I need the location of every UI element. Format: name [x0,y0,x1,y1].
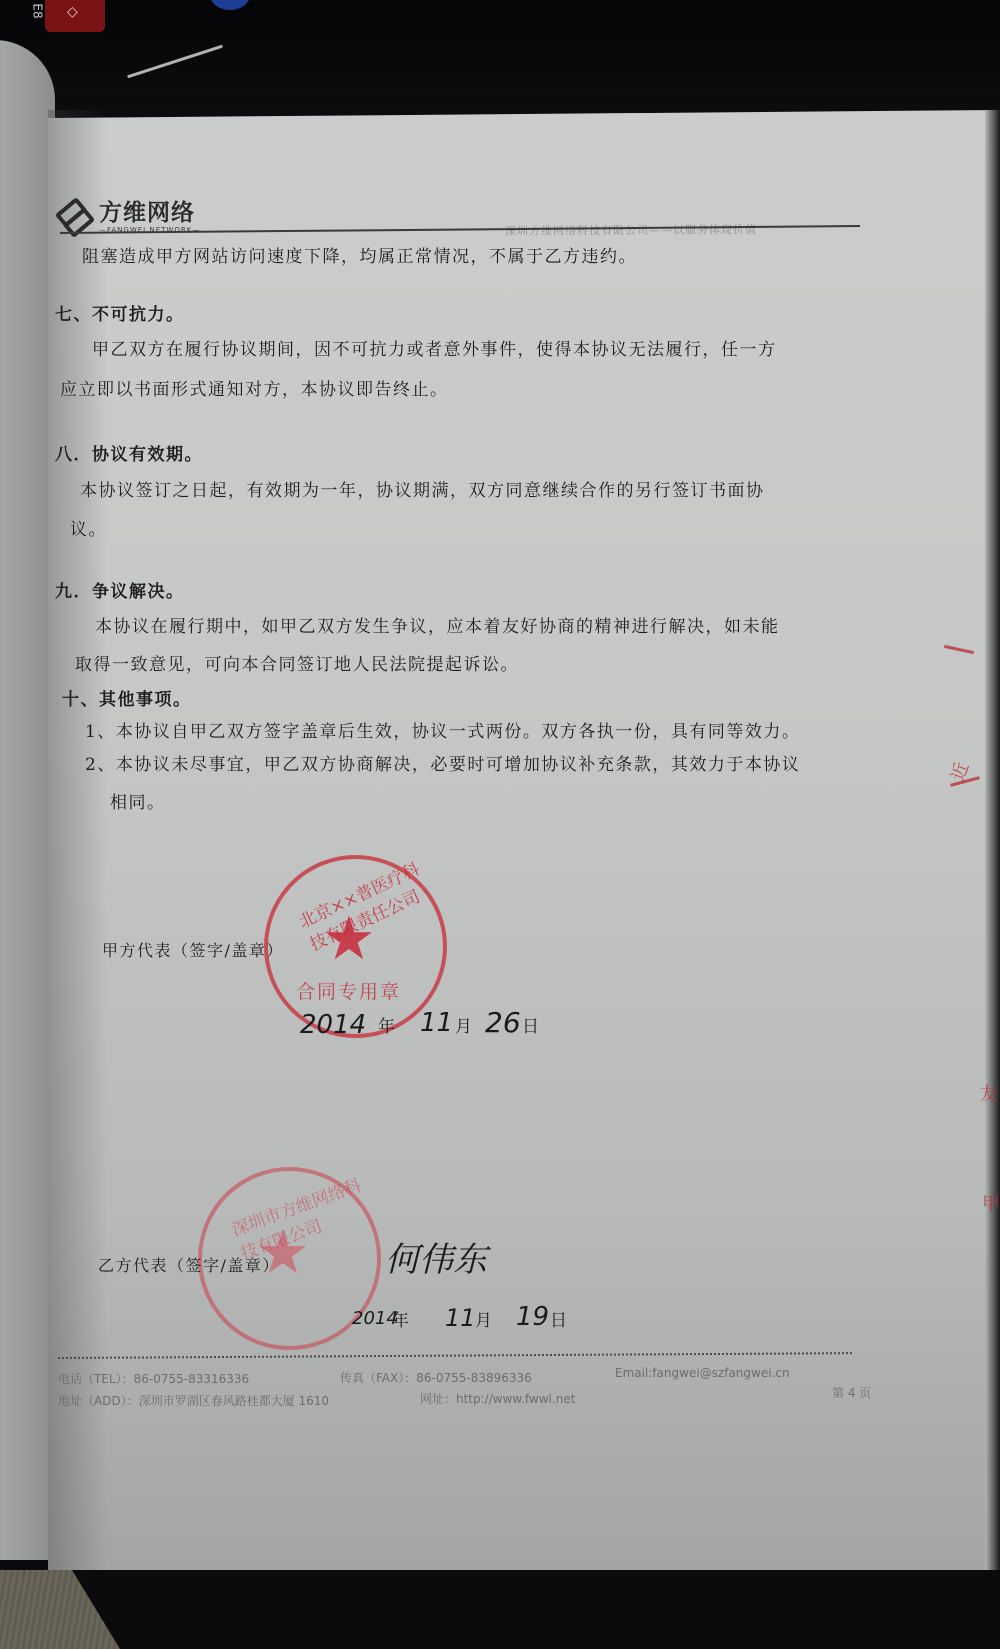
side-label: E8 [31,3,45,18]
party-b-month: 11 [445,1304,476,1332]
contract-page [48,110,1000,1570]
floor [0,1570,120,1649]
footer-tel: 电话（TEL）：86-0755-83316336 [58,1370,249,1387]
diamond-icon: ◇ [67,4,78,20]
party-b-label: 乙方代表（签字/盖章） [98,1253,280,1276]
page-right-edge [985,110,1000,1570]
party-b-year: 2014 [352,1308,398,1329]
footer-address: 地址（ADD）：深圳市罗湖区春风路桂都大厦 1610 [58,1392,329,1409]
day-suffix: 日 [522,1012,541,1037]
company-logo: 方维网络 —FANGWEI NETWORK— [55,200,200,234]
stamp-bottom-text: 合同专用章 [296,977,401,1004]
section-line: 应立即以书面形式通知对方，本协议即告终止。 [60,375,449,400]
section-line: 相同。 [110,788,166,813]
section-line: 本协议签订之日起，有效期为一年，协议期满，双方同意继续合作的另行签订书面协 [80,476,765,501]
section-line: 甲乙双方在履行协议期间，因不可抗力或者意外事件，使得本协议无法履行，任一方 [92,335,777,360]
footer-website: 网址：http://www.fwwl.net [420,1390,575,1407]
year-suffix: 年 [378,1012,397,1037]
section-heading: 十、其他事项。 [62,685,192,710]
continuation-line: 阻塞造成甲方网站访问速度下降，均属正常情况，不属于乙方违约。 [82,242,637,267]
previous-page-edge [0,40,55,1560]
section-heading: 八．协议有效期。 [55,440,203,465]
footer-email: Email:fangwei@szfangwei.cn [615,1366,790,1380]
red-object: ◇ [45,0,105,32]
section-line: 议。 [70,515,107,540]
light-reflection [127,45,223,79]
party-b-signature: 何伟东 [385,1232,487,1281]
page-shadow [48,110,108,1570]
section-heading: 九．争议解决。 [55,577,185,602]
day-suffix: 日 [550,1306,569,1331]
logo-cn-text: 方维网络 [99,200,200,226]
header-slogan: 深圳方维网络科技有限公司——以服务体现价值 [505,221,757,239]
seal-margin-char: 甲 [982,1190,1000,1216]
party-b-day: 19 [516,1302,549,1332]
footer-fax: 传真（FAX）：86-0755-83896336 [340,1369,532,1386]
month-suffix: 月 [475,1306,494,1331]
party-a-year: 2014 [300,1010,366,1040]
blue-object [210,0,250,10]
section-heading: 七、不可抗力。 [55,300,185,325]
party-a-day: 26 [485,1006,521,1039]
seal-margin-char: 友 [980,1080,998,1106]
party-a-label: 甲方代表（签字/盖章） [102,938,284,961]
logo-mark-icon [55,202,93,232]
year-suffix: 年 [392,1306,411,1331]
section-line: 1、本协议自甲乙双方签字盖章后生效，协议一式两份。双方各执一份，具有同等效力。 [85,717,800,742]
section-line: 本协议在履行期中，如甲乙双方发生争议，应本着友好协商的精神进行解决，如未能 [95,612,780,637]
section-line: 2、本协议未尽事宜，甲乙双方协商解决，必要时可增加协议补充条款，其效力于本协议 [85,750,800,775]
page-number: 第 4 页 [832,1384,871,1401]
month-suffix: 月 [455,1012,474,1037]
desk-background: ◇ E8 [0,0,1000,130]
section-line: 取得一致意见，可向本合同签订地人民法院提起诉讼。 [75,650,519,675]
party-a-month: 11 [420,1008,453,1038]
